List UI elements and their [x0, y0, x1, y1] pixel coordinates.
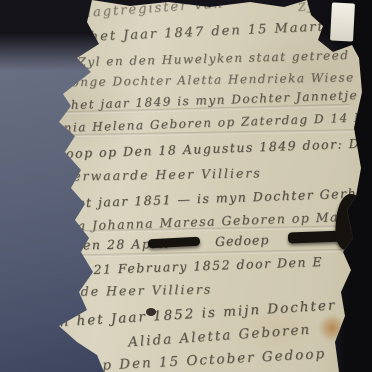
handwritten-line: op Den 15 October Gedoop	[92, 346, 327, 372]
archive-sticker	[330, 2, 355, 41]
register-photo: Geslagtregister van Zyl In het Jaar 1847…	[0, 0, 372, 372]
handwritten-line: Alida Aletta Geboren	[128, 322, 312, 351]
handwritten-line: Gedoep	[215, 232, 270, 249]
handwritten-line: In het jaar 1851 — is myn Dochter Gerh	[46, 186, 357, 212]
handwritten-line: van Zyl en den Huwelyken staat getreed	[46, 48, 350, 70]
ink-blot	[146, 308, 156, 316]
ink-scribble	[148, 237, 200, 249]
handwritten-line: Gedoop op Den 18 Augustus 1849 door: D e…	[36, 135, 372, 162]
handwritten-line: Eerwaarde Heer Villiers	[62, 165, 262, 183]
